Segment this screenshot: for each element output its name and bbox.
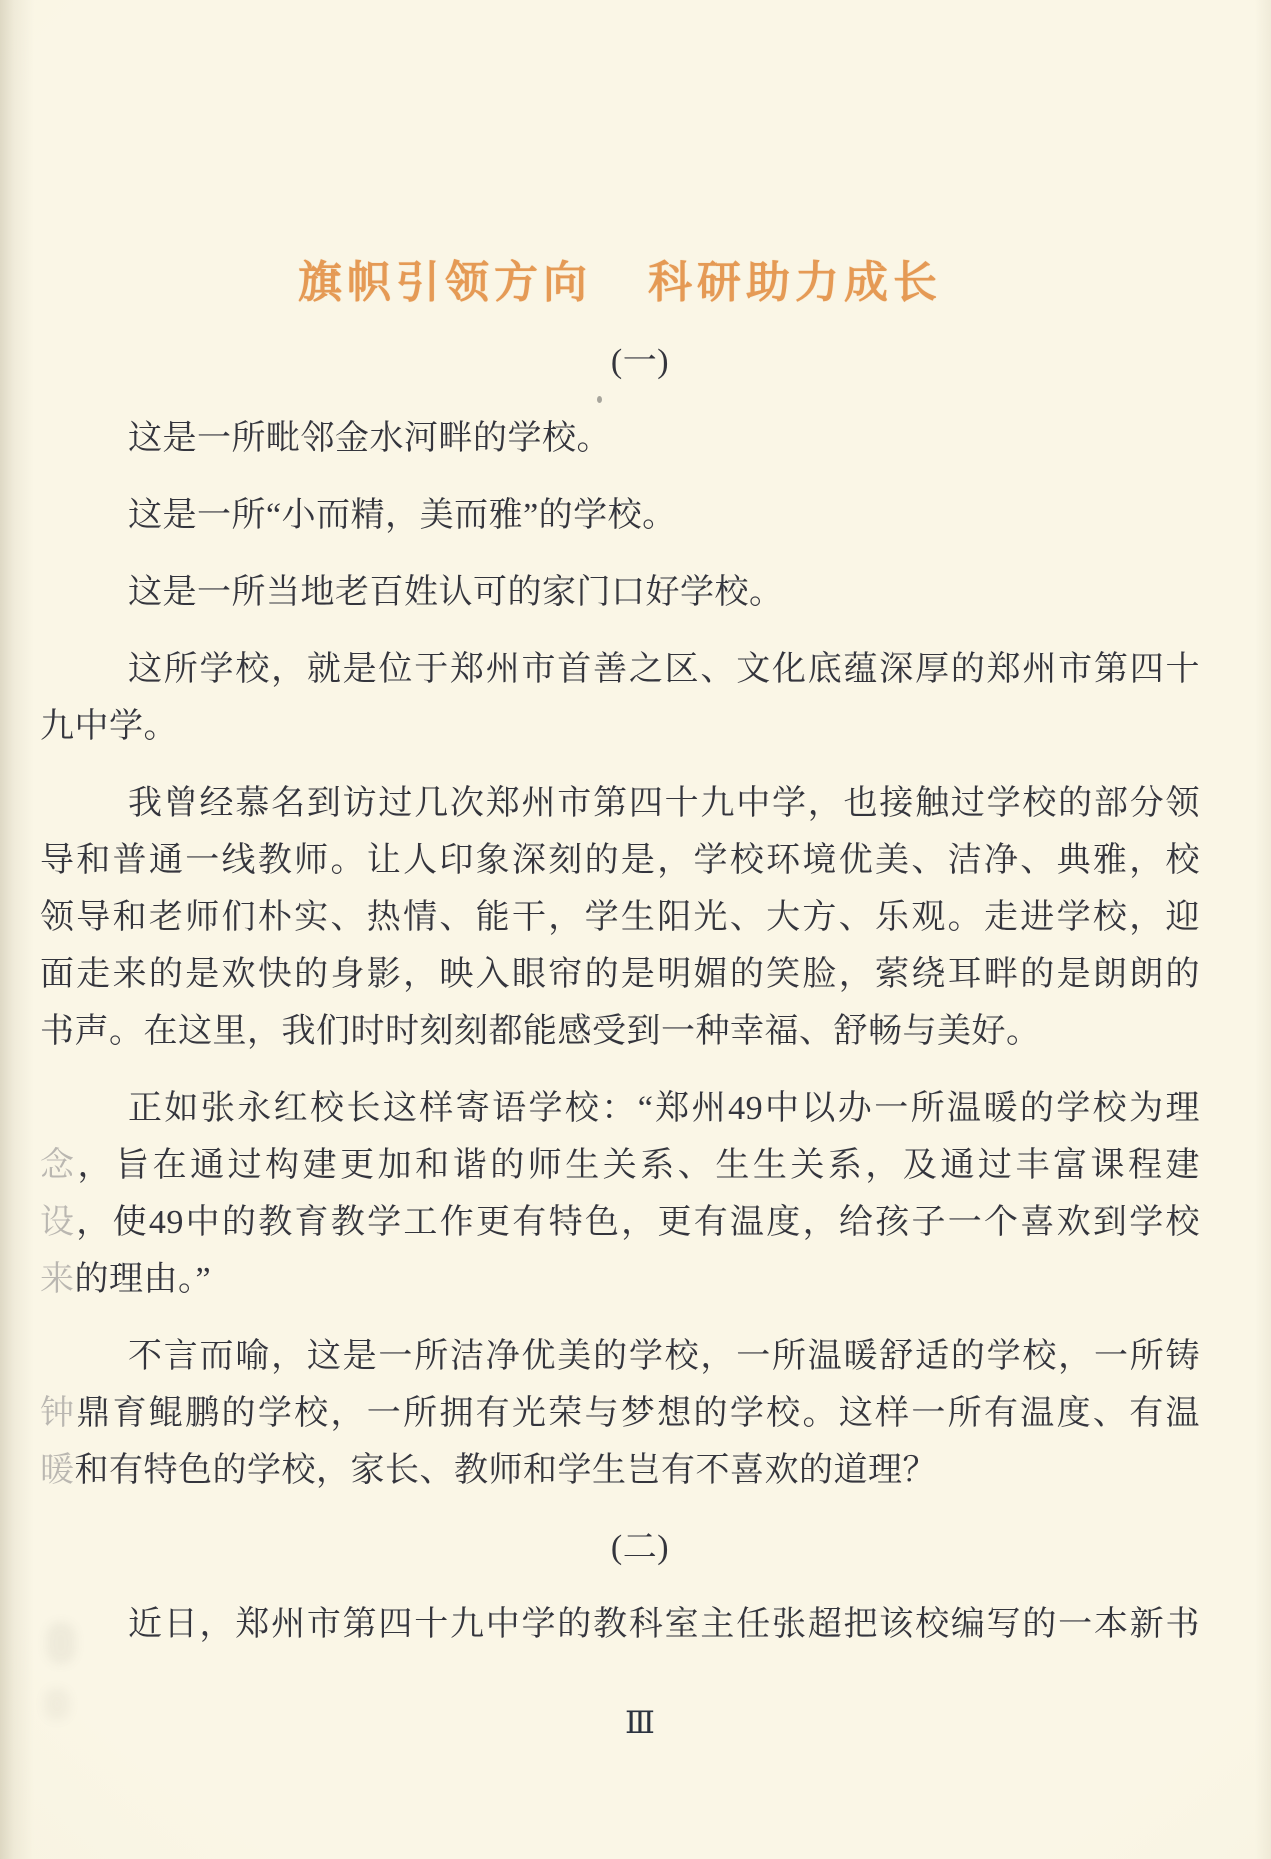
- section-heading: (二): [40, 1519, 1200, 1576]
- margin-smudge: [44, 1688, 70, 1720]
- text-line: 这所学校，就是位于郑州市首善之区、文化底蕴深厚的郑州市第四十: [40, 641, 1200, 698]
- scanned-book-page: { "page": { "colors": { "background": "#…: [0, 0, 1271, 1859]
- faded-character: 念: [40, 1147, 78, 1184]
- section-heading: (一): [40, 333, 1200, 390]
- page-title: 旗帜引领方向 科研助力成长: [40, 253, 1200, 313]
- text-line: 领导和老师们朴实、热情、能干，学生阳光、大方、乐观。走进学校，迎: [40, 889, 1200, 946]
- page-title-part1: 旗帜引领方向: [298, 253, 592, 313]
- body-text: (一)这是一所毗邻金水河畔的学校。这是一所“小而精，美而雅”的学校。这是一所当地…: [40, 333, 1200, 1653]
- margin-smudge: [46, 1622, 76, 1664]
- text-line: 这是一所当地老百姓认可的家门口好学校。: [40, 564, 1200, 621]
- text-line: 暖和有特色的学校，家长、教师和学生岂有不喜欢的道理？: [40, 1442, 1200, 1499]
- text-line: 设，使49中的教育教学工作更有特色，更有温度，给孩子一个喜欢到学校: [40, 1194, 1200, 1251]
- text-line: 这是一所毗邻金水河畔的学校。: [40, 410, 1200, 467]
- text-column: 旗帜引领方向 科研助力成长 (一)这是一所毗邻金水河畔的学校。这是一所“小而精，…: [40, 0, 1200, 1751]
- text-line: 导和普通一线教师。让人印象深刻的是，学校环境优美、洁净、典雅，校: [40, 832, 1200, 889]
- ink-speck: [597, 396, 602, 403]
- text-line: 近日，郑州市第四十九中学的教科室主任张超把该校编写的一本新书: [40, 1596, 1200, 1653]
- text-line: 九中学。: [40, 698, 1200, 755]
- text-line: 钟鼎育鲲鹏的学校，一所拥有光荣与梦想的学校。这样一所有温度、有温: [40, 1385, 1200, 1442]
- text-line: 这是一所“小而精，美而雅”的学校。: [40, 487, 1200, 544]
- page-title-part2: 科研助力成长: [648, 253, 942, 313]
- text-line: 来的理由。”: [40, 1251, 1200, 1308]
- text-line: 正如张永红校长这样寄语学校：“郑州49中以办一所温暖的学校为理: [40, 1080, 1200, 1137]
- text-line: 书声。在这里，我们时时刻刻都能感受到一种幸福、舒畅与美好。: [40, 1003, 1200, 1060]
- faded-character: 来: [40, 1261, 75, 1298]
- faded-character: 钟: [40, 1395, 76, 1432]
- page-number: Ⅲ: [40, 1694, 1200, 1751]
- faded-character: 暖: [40, 1452, 75, 1489]
- text-line: 不言而喻，这是一所洁净优美的学校，一所温暖舒适的学校，一所铸: [40, 1328, 1200, 1385]
- faded-character: 设: [40, 1204, 76, 1241]
- text-line: 我曾经慕名到访过几次郑州市第四十九中学，也接触过学校的部分领: [40, 775, 1200, 832]
- text-line: 念，旨在通过构建更加和谐的师生关系、生生关系，及通过丰富课程建: [40, 1137, 1200, 1194]
- text-line: 面走来的是欢快的身影，映入眼帘的是明媚的笑脸，萦绕耳畔的是朗朗的: [40, 946, 1200, 1003]
